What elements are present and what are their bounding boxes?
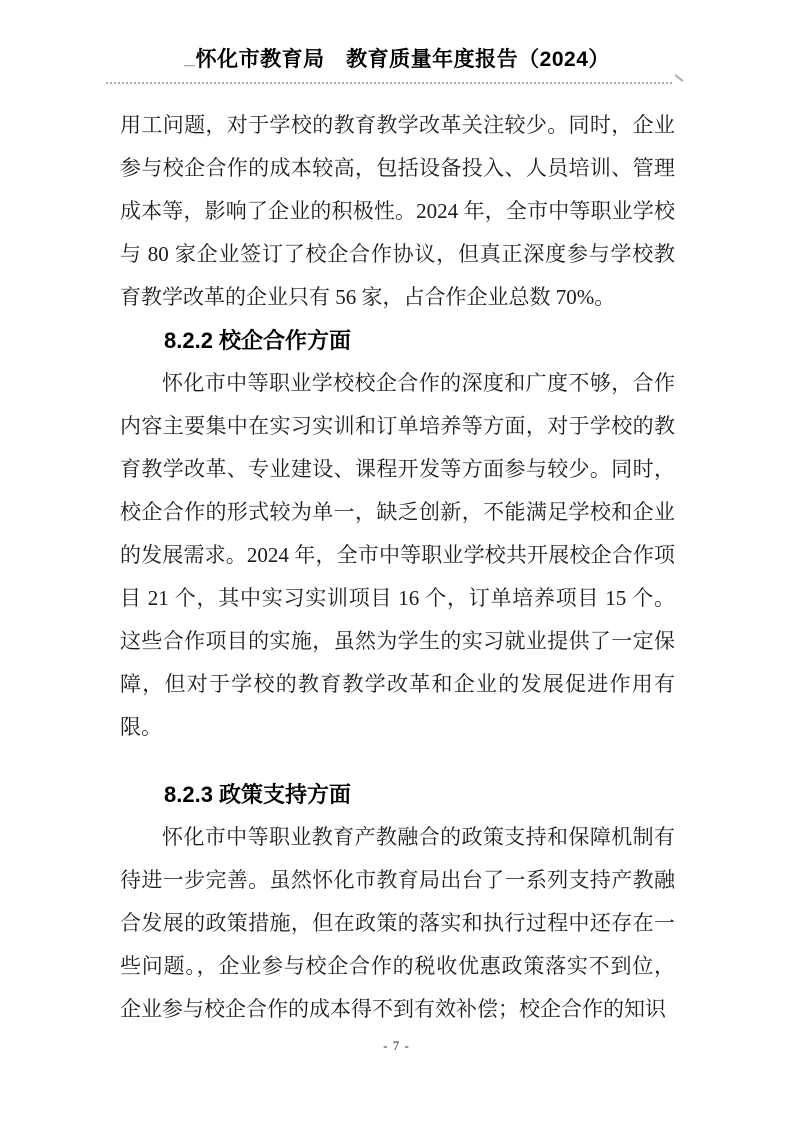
header-title: 怀化市教育局 教育质量年度报告（2024） [196,48,610,71]
paragraph-policy-support: 怀化市中等职业教育产教融合的政策支持和保障机制有待进一步完善。虽然怀化市教育局出… [120,816,675,1031]
paragraph-company-participation: 用工问题，对于学校的教育教学改革关注较少。同时，企业参与校企合作的成本较高，包括… [120,104,675,319]
document-page: _怀化市教育局 教育质量年度报告（2024） 用工问题，对于学校的教育教学改革关… [0,0,793,1122]
document-body: 用工问题，对于学校的教育教学改革关注较少。同时，企业参与校企合作的成本较高，包括… [120,104,675,1031]
page-number: - 7 - [383,1038,410,1053]
section-heading-8-2-2: 8.2.2 校企合作方面 [120,319,675,362]
header-dotted-rule [106,82,672,84]
blue-underscore-artifact: _ [184,48,195,69]
page-footer: - 7 - [0,1038,793,1054]
page-header: _怀化市教育局 教育质量年度报告（2024） [106,44,688,84]
paragraph-school-enterprise-cooperation: 怀化市中等职业学校校企合作的深度和广度不够，合作内容主要集中在实习实训和订单培养… [120,362,675,749]
header-title-row: _怀化市教育局 教育质量年度报告（2024） [106,44,688,77]
section-heading-8-2-3: 8.2.3 政策支持方面 [120,773,675,816]
